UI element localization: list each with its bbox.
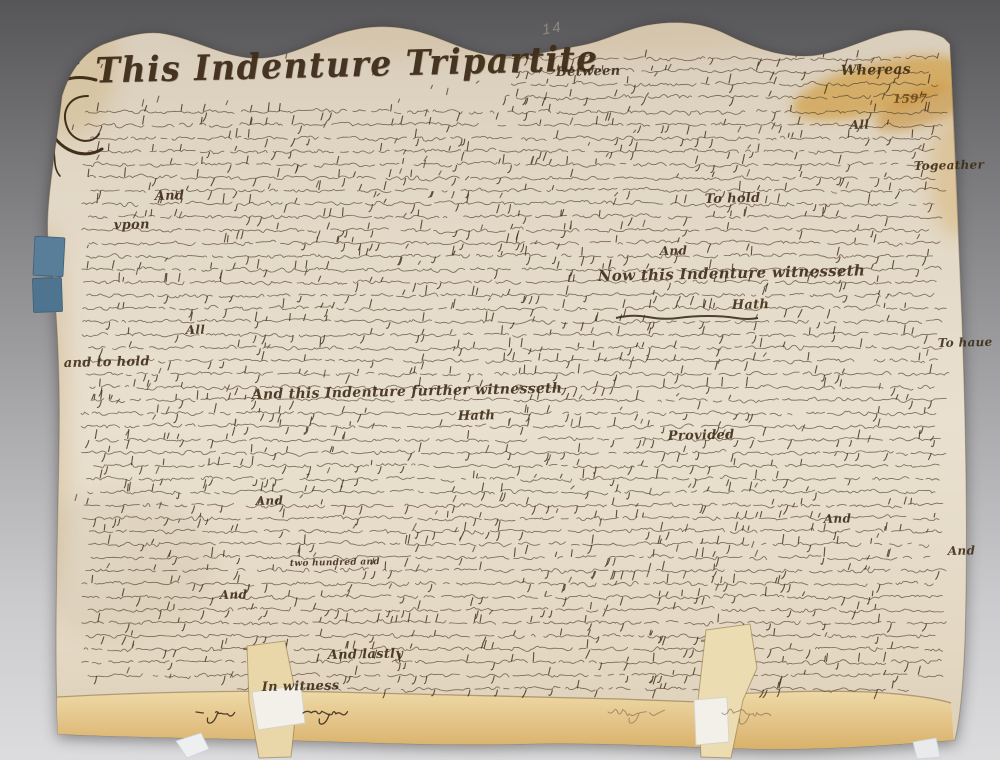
damp-stain	[25, 490, 215, 640]
tape-repairs	[32, 236, 65, 312]
tag-wrap-2	[694, 697, 729, 745]
parchment	[47, 22, 966, 749]
manuscript-photo: This Indenture Tripartite 14 BetweenWher…	[0, 0, 1000, 760]
tag-wrap-1	[252, 685, 305, 730]
white-scrap-right	[913, 738, 940, 759]
top-edge-toning	[180, 6, 820, 58]
parchment-art	[0, 0, 1000, 760]
right-edge-stain	[930, 113, 982, 237]
blue-tape-top	[33, 236, 65, 277]
blue-tape-bottom	[32, 277, 62, 312]
